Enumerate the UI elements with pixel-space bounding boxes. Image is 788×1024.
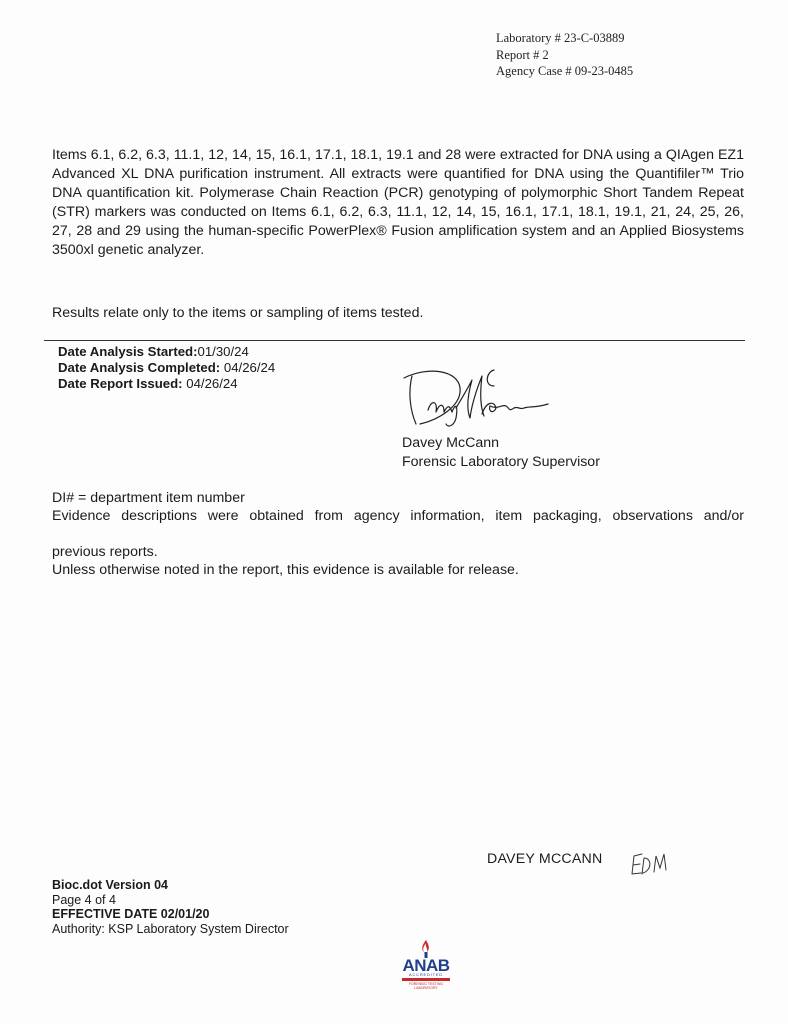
- evidence-description-note-cont: previous reports.: [52, 543, 744, 561]
- date-issued-label: Date Report Issued:: [58, 376, 183, 391]
- signer-name: Davey McCann: [402, 434, 600, 453]
- logo-tagline: FORENSIC TESTING LABORATORY: [398, 982, 454, 990]
- date-started-row: Date Analysis Started:01/30/24: [58, 344, 275, 360]
- analysis-dates: Date Analysis Started:01/30/24 Date Anal…: [58, 344, 275, 392]
- di-definition: DI# = department item number: [52, 489, 744, 507]
- evidence-description-note: Evidence descriptions were obtained from…: [52, 507, 744, 543]
- laboratory-number: Laboratory # 23-C-03889: [496, 30, 633, 47]
- release-note: Unless otherwise noted in the report, th…: [52, 561, 744, 579]
- effective-date: EFFECTIVE DATE 02/01/20: [52, 907, 289, 922]
- date-started-value: 01/30/24: [198, 344, 249, 359]
- authority: Authority: KSP Laboratory System Directo…: [52, 922, 289, 937]
- page-number: Page 4 of 4: [52, 893, 289, 908]
- methods-paragraph: Items 6.1, 6.2, 6.3, 11.1, 12, 14, 15, 1…: [52, 146, 744, 260]
- date-completed-row: Date Analysis Completed: 04/26/24: [58, 360, 275, 376]
- handwritten-initials-icon: [628, 846, 674, 878]
- logo-subtitle: ACCREDITED: [396, 972, 456, 977]
- date-issued-value: 04/26/24: [183, 376, 238, 391]
- report-notes: DI# = department item number Evidence de…: [52, 489, 744, 579]
- bottom-signoff-name: DAVEY MCCANN: [487, 851, 602, 867]
- report-header: Laboratory # 23-C-03889 Report # 2 Agenc…: [496, 30, 633, 80]
- agency-case-number: Agency Case # 09-23-0485: [496, 63, 633, 80]
- logo-red-bar: [402, 978, 450, 981]
- document-footer: Bioc.dot Version 04 Page 4 of 4 EFFECTIV…: [52, 878, 289, 936]
- signer-block: Davey McCann Forensic Laboratory Supervi…: [402, 434, 600, 472]
- date-started-label: Date Analysis Started:: [58, 344, 198, 359]
- anab-accreditation-logo: ANAB ACCREDITED FORENSIC TESTING LABORAT…: [392, 940, 460, 990]
- divider: [44, 340, 745, 341]
- date-completed-value: 04/26/24: [220, 360, 275, 375]
- results-note: Results relate only to the items or samp…: [52, 305, 423, 321]
- document-version: Bioc.dot Version 04: [52, 878, 289, 893]
- date-issued-row: Date Report Issued: 04/26/24: [58, 376, 275, 392]
- handwritten-signature-icon: [398, 362, 583, 434]
- report-number: Report # 2: [496, 47, 633, 64]
- date-completed-label: Date Analysis Completed:: [58, 360, 220, 375]
- signer-title: Forensic Laboratory Supervisor: [402, 453, 600, 472]
